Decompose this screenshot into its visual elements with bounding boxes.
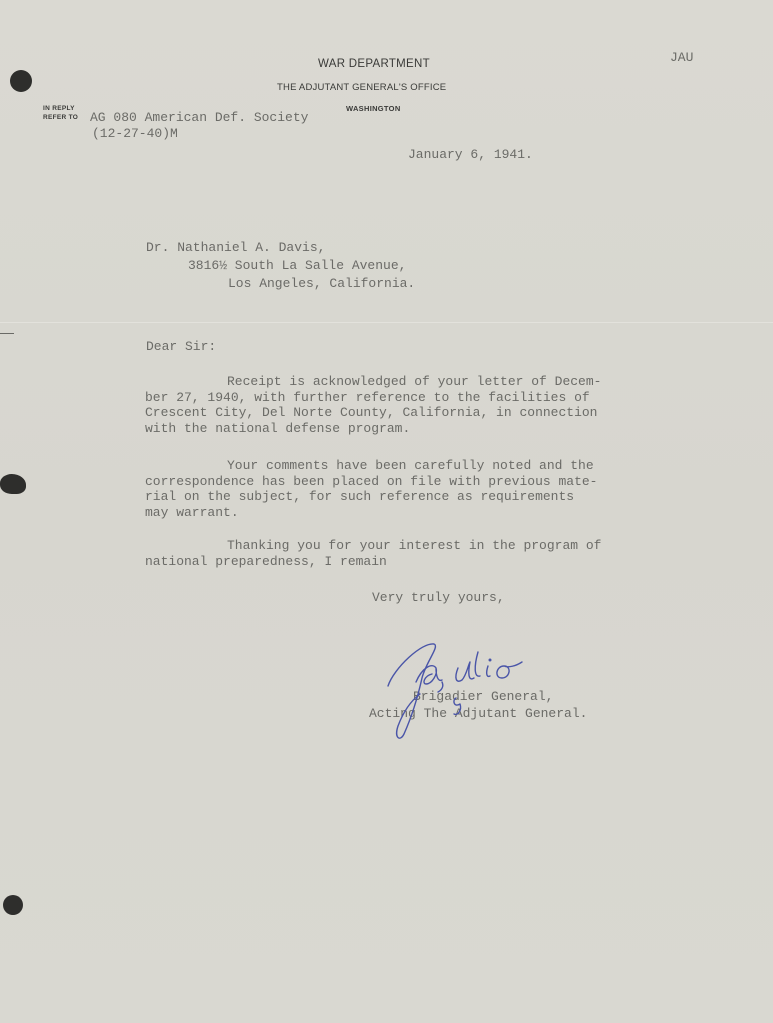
reply-label: IN REPLY REFER TO (43, 104, 78, 122)
paper-fold-line (0, 322, 773, 323)
letterhead-office: THE ADJUTANT GENERAL'S OFFICE (277, 82, 446, 93)
file-mark: JAU (670, 50, 693, 65)
margin-mark (0, 333, 14, 334)
handwritten-signature-icon (382, 638, 542, 743)
recipient-name: Dr. Nathaniel A. Davis, (146, 240, 325, 255)
letter-date: January 6, 1941. (408, 147, 533, 162)
reference-line-2: (12-27-40)M (92, 126, 178, 141)
letterhead-city: WASHINGTON (346, 104, 401, 113)
reference-line-1: AG 080 American Def. Society (90, 110, 308, 125)
salutation: Dear Sir: (146, 339, 216, 354)
closing: Very truly yours, (372, 590, 505, 605)
recipient-street: 3816½ South La Salle Avenue, (188, 258, 406, 273)
punch-hole-bottom (3, 895, 23, 915)
paragraph-1: Receipt is acknowledged of your letter o… (145, 374, 601, 436)
letterhead-department: WAR DEPARTMENT (318, 58, 430, 70)
paragraph-2: Your comments have been carefully noted … (145, 458, 597, 520)
punch-hole-top (10, 70, 32, 92)
paragraph-3: Thanking you for your interest in the pr… (145, 538, 601, 569)
punch-hole-middle (0, 474, 26, 494)
letter-page: WAR DEPARTMENT THE ADJUTANT GENERAL'S OF… (0, 0, 773, 1023)
recipient-city: Los Angeles, California. (228, 276, 415, 291)
